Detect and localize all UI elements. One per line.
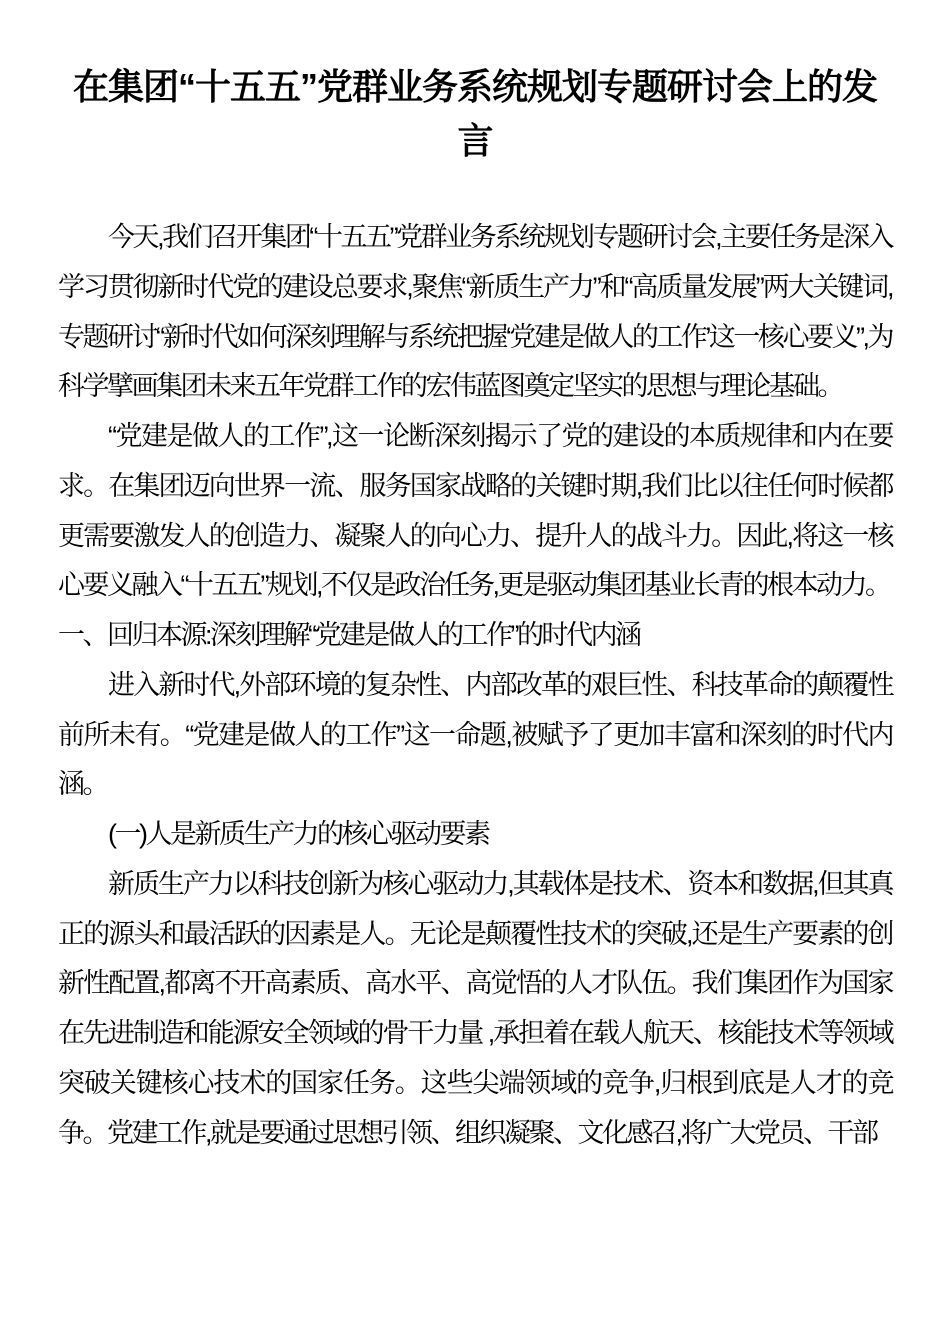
document-title: 在集团“十五五”党群业务系统规划专题研讨会上的发言 bbox=[58, 60, 892, 167]
body-paragraph-4: 新质生产力以科技创新为核心驱动力,其载体是技术、资本和数据,但其真正的源头和最活… bbox=[58, 860, 892, 1159]
document-page: 在集团“十五五”党群业务系统规划专题研讨会上的发言 今天,我们召开集团“十五五”… bbox=[0, 0, 950, 1344]
section-heading-1: 一、回归本源:深刻理解“党建是做人的工作”的时代内涵 bbox=[58, 611, 892, 661]
sub-heading-1: (一)人是新质生产力的核心驱动要素 bbox=[58, 810, 892, 860]
body-paragraph-2: “党建是做人的工作”,这一论断深刻揭示了党的建设的本质规律和内在要求。在集团迈向… bbox=[58, 412, 892, 611]
body-paragraph-3: 进入新时代,外部环境的复杂性、内部改革的艰巨性、科技革命的颠覆性前所未有。“党建… bbox=[58, 661, 892, 810]
body-paragraph-1: 今天,我们召开集团“十五五”党群业务系统规划专题研讨会,主要任务是深入学习贯彻新… bbox=[58, 213, 892, 412]
